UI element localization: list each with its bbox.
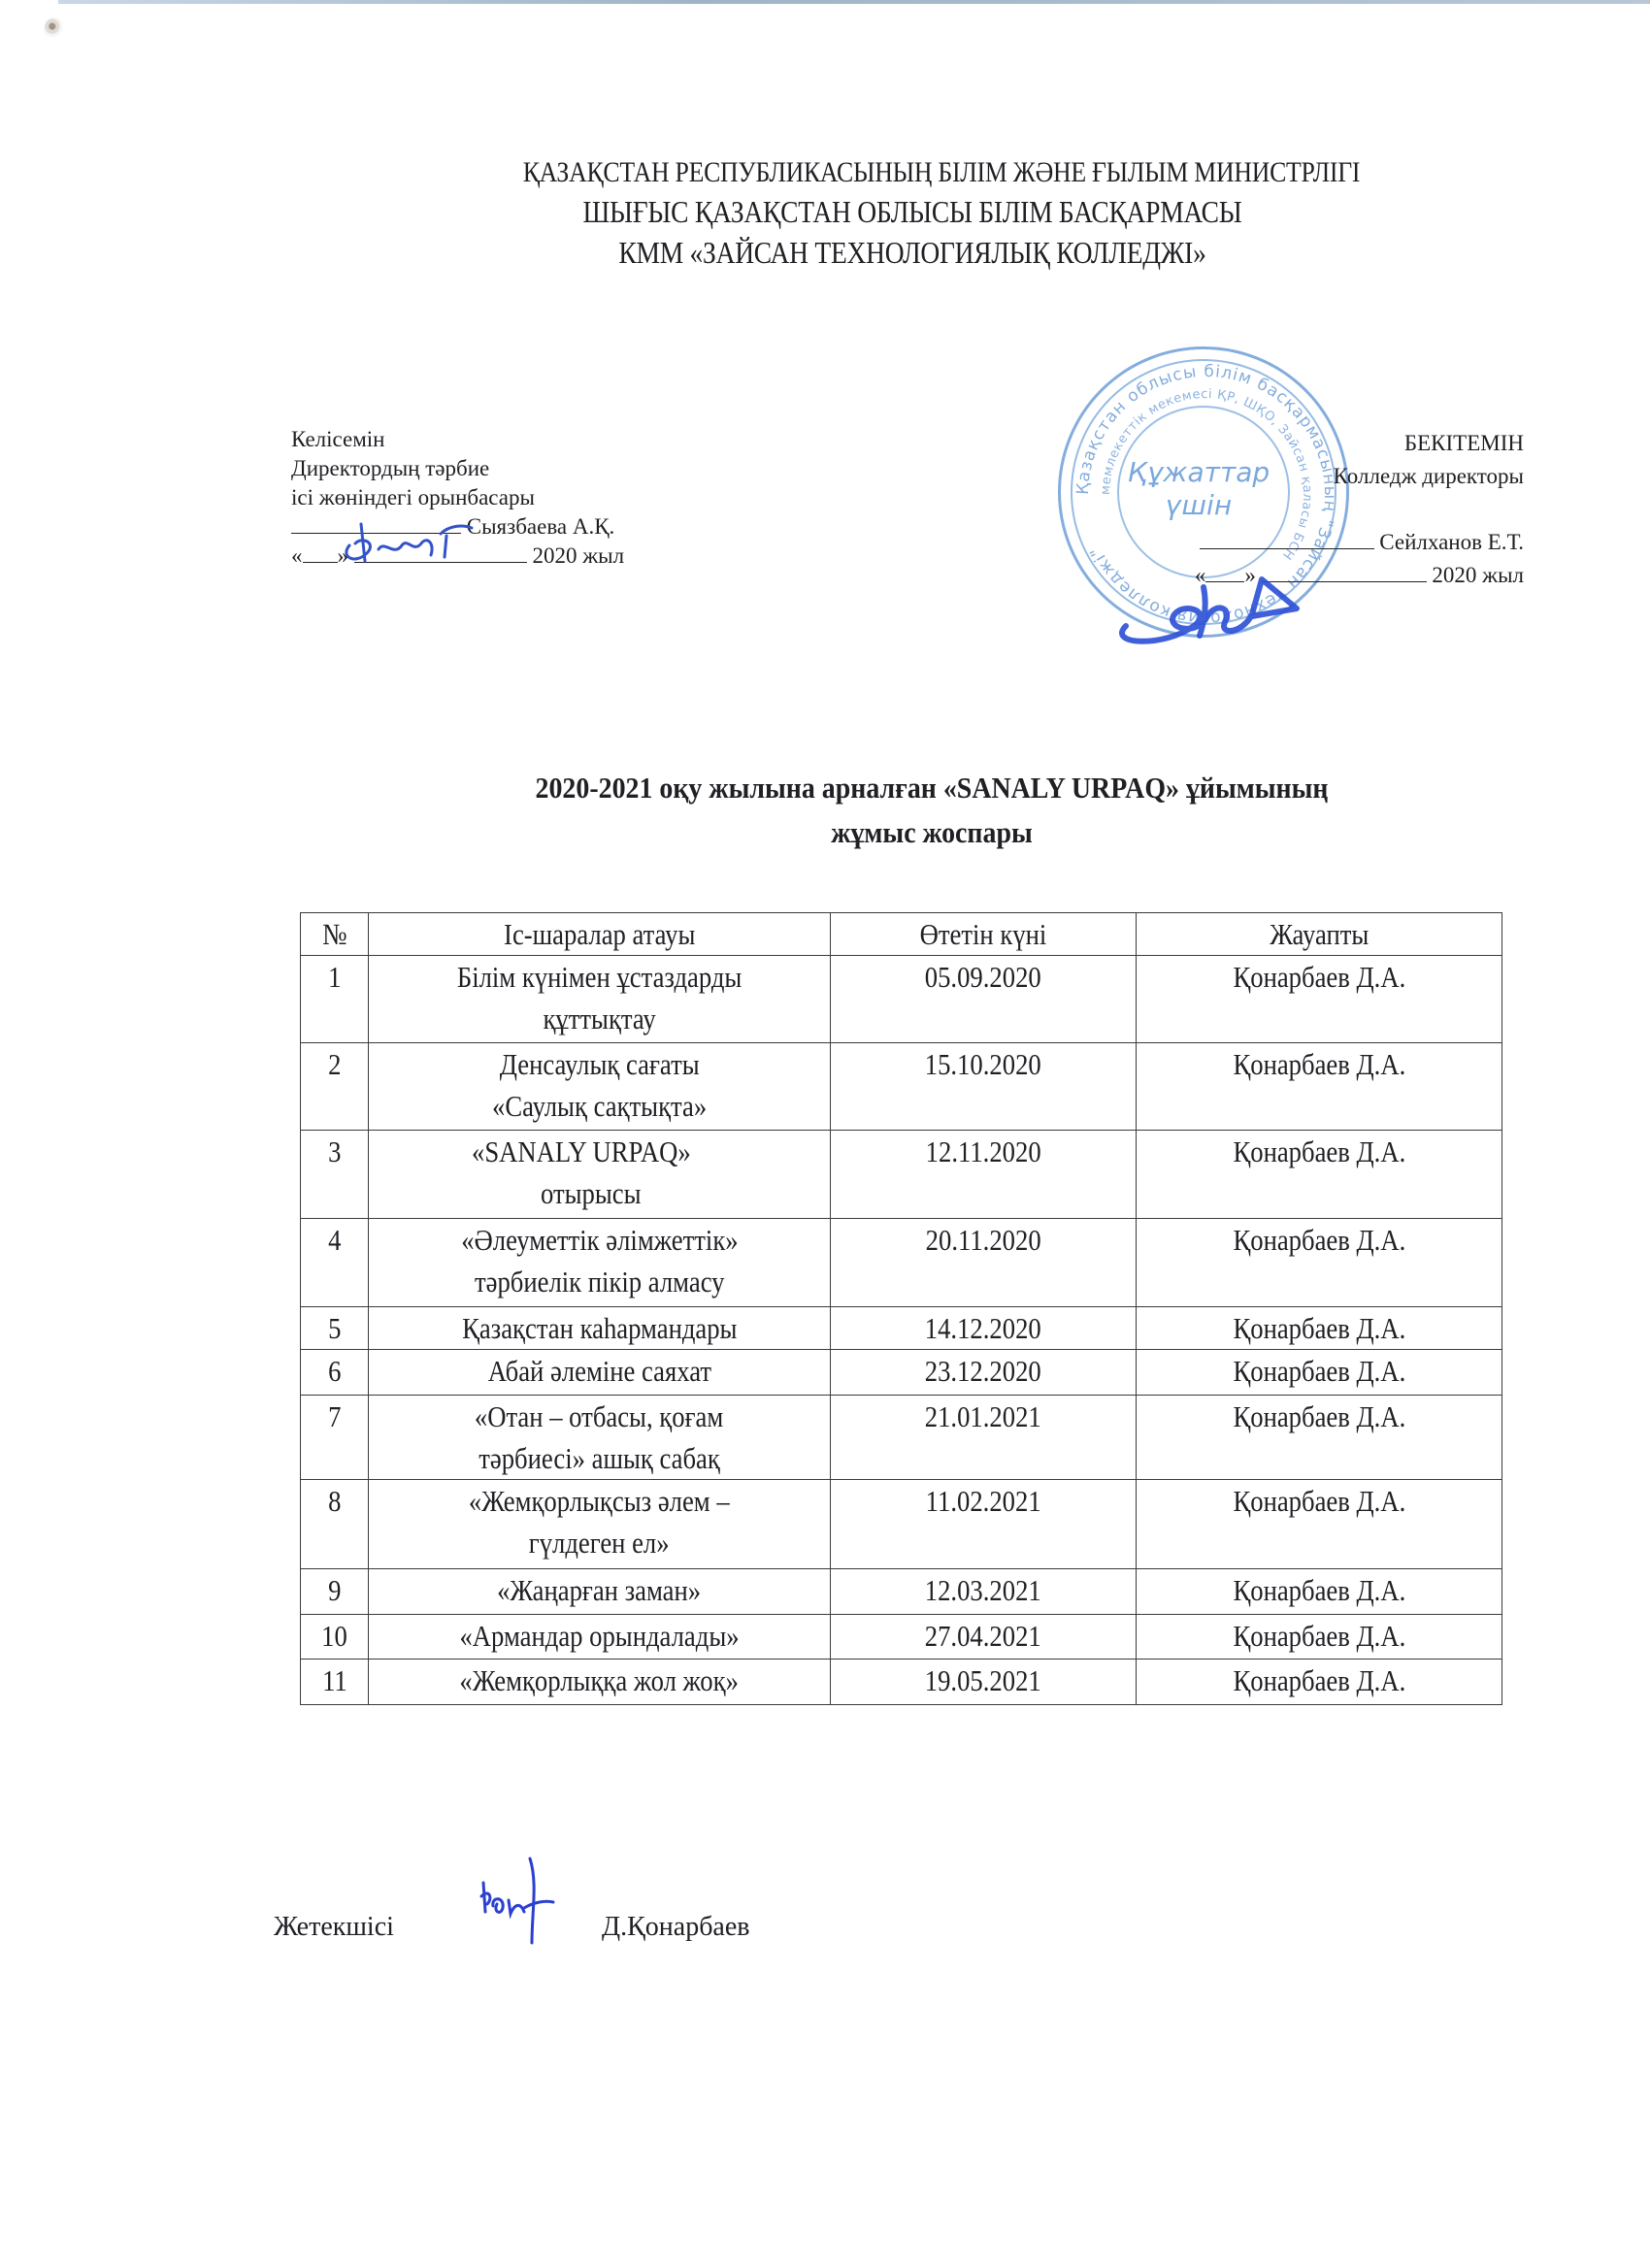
column-header-date: Өтетін күні [831,913,1137,956]
month-blank [354,542,527,563]
approval-year: 2020 жыл [1432,563,1524,587]
agreement-block: Келісемін Директордың тәрбие ісі жөнінде… [291,425,624,571]
approval-date-line: «» 2020 жыл [1195,559,1524,592]
cell-number: 6 [301,1350,369,1396]
scan-edge [58,0,1650,4]
footer-role: Жетекшісі [274,1912,394,1942]
day-blank [1205,562,1244,582]
cell-responsible: Қонарбаев Д.А. [1137,1043,1502,1131]
cell-responsible: Қонарбаев Д.А. [1137,1396,1502,1480]
cell-responsible: Қонарбаев Д.А. [1137,1307,1502,1350]
agreement-date-line: «» 2020 жыл [291,542,624,571]
cell-event: «Жаңарған заман» [369,1569,831,1615]
agreement-year: 2020 жыл [533,543,625,568]
approval-heading: БЕКІТЕМІН [1195,427,1524,460]
cell-event: «Отан – отбасы, қоғамтәрбиесі» ашық саба… [369,1396,831,1480]
table-row: 7«Отан – отбасы, қоғамтәрбиесі» ашық саб… [301,1396,1502,1480]
agreement-heading: Келісемін [291,425,624,454]
ministry-heading: ҚАЗАҚСТАН РЕСПУБЛИКАСЫНЫҢ БІЛІМ ЖӘНЕ ҒЫЛ… [232,153,1650,192]
approval-position: Колледж директоры [1195,460,1524,493]
leader-signature-icon [464,1854,561,1951]
cell-responsible: Қонарбаев Д.А. [1137,1350,1502,1396]
signature-blank [1200,529,1374,549]
column-header-number: № [301,913,369,956]
table-row: 1Білім күнімен ұстаздардықұттықтау05.09.… [301,956,1502,1043]
cell-date: 27.04.2021 [831,1615,1137,1660]
cell-event: Денсаулық сағаты«Саулық сақтықта» [369,1043,831,1131]
table-row: 2Денсаулық сағаты«Саулық сақтықта»15.10.… [301,1043,1502,1131]
footer-signature: Жетекшісі Д.Қонарбаев [274,1910,394,1945]
cell-number: 10 [301,1615,369,1660]
cell-date: 23.12.2020 [831,1350,1137,1396]
approval-signer: Сейлханов Е.Т. [1379,530,1524,554]
cell-event: «Жемқорлыққа жол жоқ» [369,1660,831,1705]
month-blank [1262,562,1427,582]
cell-number: 4 [301,1219,369,1307]
scan-speck [44,17,65,43]
table-row: 8«Жемқорлықсыз әлем –гүлдеген ел»11.02.2… [301,1480,1502,1569]
agreement-position-line2: ісі жөніндегі орынбасары [291,483,624,512]
cell-date: 11.02.2021 [831,1480,1137,1569]
cell-date: 20.11.2020 [831,1219,1137,1307]
agreement-position-line1: Директордың тәрбие [291,454,624,483]
cell-date: 05.09.2020 [831,956,1137,1043]
cell-responsible: Қонарбаев Д.А. [1137,1615,1502,1660]
table-row: 4«Әлеуметтік әлімжеттік»тәрбиелік пікір … [301,1219,1502,1307]
cell-number: 2 [301,1043,369,1131]
approval-signature-line: Сейлханов Е.Т. [1195,526,1524,559]
agreement-signer: Сыязбаева А.Қ. [467,514,615,539]
column-header-responsible: Жауапты [1137,913,1502,956]
column-header-event: Іс-шаралар атауы [369,913,831,956]
plan-title-line1: 2020-2021 оқу жылына арналған «SANALY UR… [189,767,1650,809]
table-row: 9«Жаңарған заман»12.03.2021Қонарбаев Д.А… [301,1569,1502,1615]
institution-heading: КММ «ЗАЙСАН ТЕХНОЛОГИЯЛЫҚ КОЛЛЕДЖІ» [203,233,1622,272]
cell-number: 8 [301,1480,369,1569]
date-quote-open: « [1195,563,1206,587]
cell-date: 14.12.2020 [831,1307,1137,1350]
cell-event: «Әлеуметтік әлімжеттік»тәрбиелік пікір а… [369,1219,831,1307]
cell-number: 3 [301,1131,369,1219]
day-blank [303,542,338,563]
cell-date: 19.05.2021 [831,1660,1137,1705]
cell-event: «SANALY URPAQ»отырысы [369,1131,831,1219]
cell-responsible: Қонарбаев Д.А. [1137,1660,1502,1705]
agreement-signature-line: Сыязбаева А.Қ. [291,512,624,542]
cell-date: 12.11.2020 [831,1131,1137,1219]
cell-number: 1 [301,956,369,1043]
table-row: 10«Армандар орындалады»27.04.2021Қонарба… [301,1615,1502,1660]
cell-number: 7 [301,1396,369,1480]
cell-responsible: Қонарбаев Д.А. [1137,1131,1502,1219]
table-row: 3«SANALY URPAQ»отырысы12.11.2020Қонарбае… [301,1131,1502,1219]
cell-event: Абай әлеміне саяхат [369,1350,831,1396]
date-quote-open: « [291,543,303,568]
work-plan-table: № Іс-шаралар атауы Өтетін күні Жауапты 1… [300,912,1502,1705]
approval-block: БЕКІТЕМІН Колледж директоры Сейлханов Е.… [1195,427,1524,592]
signature-blank [291,513,461,534]
date-quote-close: » [338,543,349,568]
cell-number: 11 [301,1660,369,1705]
cell-date: 12.03.2021 [831,1569,1137,1615]
cell-event: Білім күнімен ұстаздардықұттықтау [369,956,831,1043]
cell-number: 5 [301,1307,369,1350]
department-heading: ШЫҒЫС ҚАЗАҚСТАН ОБЛЫСЫ БІЛІМ БАСҚАРМАСЫ [203,192,1622,231]
cell-responsible: Қонарбаев Д.А. [1137,1569,1502,1615]
approval-spacer [1195,493,1524,526]
cell-date: 21.01.2021 [831,1396,1137,1480]
cell-responsible: Қонарбаев Д.А. [1137,1480,1502,1569]
cell-date: 15.10.2020 [831,1043,1137,1131]
cell-number: 9 [301,1569,369,1615]
table-row: 6Абай әлеміне саяхат23.12.2020Қонарбаев … [301,1350,1502,1396]
date-quote-close: » [1244,563,1256,587]
cell-event: Қазақстан каһармандары [369,1307,831,1350]
footer-name: Д.Қонарбаев [602,1910,750,1945]
table-header-row: № Іс-шаралар атауы Өтетін күні Жауапты [301,913,1502,956]
plan-title-line2: жұмыс жоспары [189,811,1650,854]
cell-responsible: Қонарбаев Д.А. [1137,1219,1502,1307]
cell-event: «Жемқорлықсыз әлем –гүлдеген ел» [369,1480,831,1569]
table-row: 11«Жемқорлыққа жол жоқ»19.05.2021Қонарба… [301,1660,1502,1705]
cell-responsible: Қонарбаев Д.А. [1137,956,1502,1043]
table-row: 5Қазақстан каһармандары14.12.2020Қонарба… [301,1307,1502,1350]
cell-event: «Армандар орындалады» [369,1615,831,1660]
